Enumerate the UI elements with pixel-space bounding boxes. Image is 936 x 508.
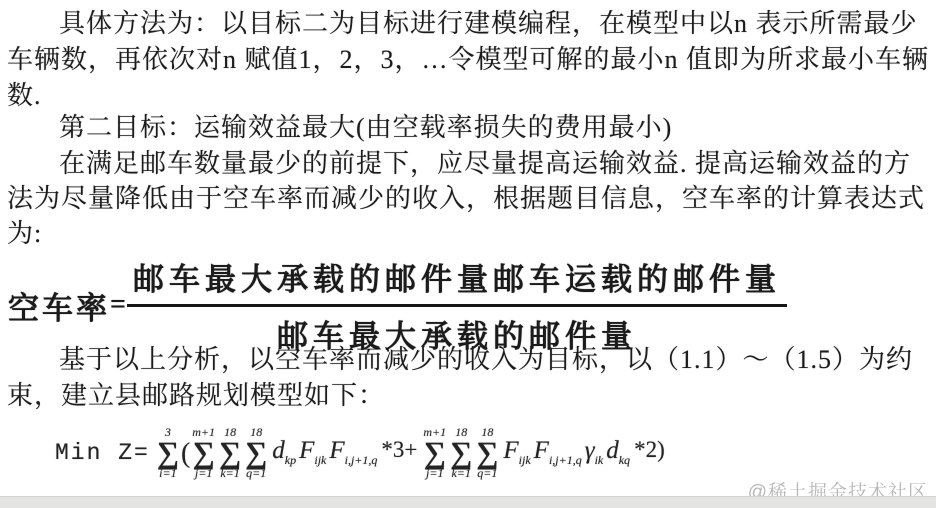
variable: d xyxy=(272,437,285,464)
subscript: i,j+1,q xyxy=(549,453,582,467)
variable: F xyxy=(299,437,314,464)
summation-outer: 3 ∑ i=1 xyxy=(157,426,179,479)
subscript: i,j+1,q xyxy=(345,453,378,467)
paragraph-efficiency-line-2: 法为尽量降低由于空车率而减少的收入，根据题目信息，空车率的计算表达式 xyxy=(7,181,932,216)
term-d-kp: dkp xyxy=(272,437,296,468)
heading-second-objective: 第二目标：运输效益最大(由空载率损失的费用最小) xyxy=(7,110,932,146)
summation-b3: 18 ∑ q=1 xyxy=(476,426,498,479)
sum-lower-limit: q=1 xyxy=(477,467,497,479)
document-page: 具体方法为：以目标二为目标进行建模编程，在模型中以n 表示所需最少 车辆数，再依… xyxy=(0,0,936,508)
paragraph-model-intro-line-2: 束，建立县邮路规划模型如下： xyxy=(7,378,932,414)
sigma-symbol: ∑ xyxy=(157,438,179,467)
heading-second-objective-text: 第二目标：运输效益最大(由空载率损失的费用最小) xyxy=(7,110,932,146)
variable: F xyxy=(329,437,344,464)
term-f-next: Fi,j+1,q xyxy=(329,437,377,468)
subscript: ik xyxy=(595,453,604,467)
summation-a1: m+1 ∑ j=1 xyxy=(192,426,215,479)
subscript: kq xyxy=(619,453,630,467)
paragraph-model-intro-line-1: 基于以上分析，以空车率而减少的收入为目标，以（1.1）～（1.5）为约 xyxy=(7,342,932,378)
sum-lower-limit: j=1 xyxy=(426,467,443,479)
sum-lower-limit: k=1 xyxy=(451,467,470,479)
subscript: ijk xyxy=(314,453,326,467)
objective-function-formula: Min Z= 3 ∑ i=1 ( m+1 ∑ j=1 18 ∑ k=1 18 ∑… xyxy=(55,426,669,479)
variable: F xyxy=(534,437,549,464)
sum-lower-limit: k=1 xyxy=(220,467,239,479)
sigma-symbol: ∑ xyxy=(245,438,267,467)
empty-rate-formula: 空车率 = 邮车最大承载的邮件量邮车运载的邮件量 邮车最大承载的邮件量 xyxy=(8,254,787,356)
sum-lower-limit: j=1 xyxy=(195,467,212,479)
operator-times-3-plus: *3+ xyxy=(381,437,417,463)
subscript: kp xyxy=(285,453,296,467)
sigma-symbol: ∑ xyxy=(450,438,472,467)
variable: γ xyxy=(585,437,595,464)
variable: F xyxy=(503,437,518,464)
term-f-next-2: Fi,j+1,q xyxy=(534,437,582,468)
sigma-symbol: ∑ xyxy=(476,438,498,467)
sigma-symbol: ∑ xyxy=(193,438,215,467)
summation-a3: 18 ∑ q=1 xyxy=(245,426,267,479)
fraction-numerator: 邮车最大承载的邮件量邮车运载的邮件量 xyxy=(127,254,787,307)
sum-lower-limit: q=1 xyxy=(246,467,266,479)
paragraph-method-line-1: 具体方法为：以目标二为目标进行建模编程，在模型中以n 表示所需最少 xyxy=(7,6,932,42)
footer-bar xyxy=(0,496,936,508)
term-d-kq: dkq xyxy=(606,437,630,468)
summation-b1: m+1 ∑ j=1 xyxy=(423,426,446,479)
term-f-ijk: Fijk xyxy=(299,437,326,468)
paragraph-method: 具体方法为：以目标二为目标进行建模编程，在模型中以n 表示所需最少 车辆数，再依… xyxy=(7,6,932,114)
sigma-symbol: ∑ xyxy=(219,438,241,467)
paragraph-efficiency: 在满足邮车数量最少的前提下，应尽量提高运输效益. 提高运输效益的方 法为尽量降低… xyxy=(7,146,932,251)
sigma-symbol: ∑ xyxy=(424,438,446,467)
subscript: ijk xyxy=(519,453,531,467)
paragraph-method-line-3: 数. xyxy=(7,78,932,114)
operator-times-2-close: *2) xyxy=(634,437,665,463)
formula-lhs: 空车率 xyxy=(8,283,110,328)
paragraph-efficiency-line-1: 在满足邮车数量最少的前提下，应尽量提高运输效益. 提高运输效益的方 xyxy=(7,146,932,181)
summation-b2: 18 ∑ k=1 xyxy=(450,426,472,479)
paragraph-efficiency-line-3: 为: xyxy=(7,216,932,251)
paragraph-method-line-2: 车辆数，再依次对n 赋值1，2，3，…令模型可解的最小n 值即为所求最小车辆 xyxy=(7,42,932,78)
open-paren: ( xyxy=(181,438,190,470)
fraction: 邮车最大承载的邮件量邮车运载的邮件量 邮车最大承载的邮件量 xyxy=(127,254,787,356)
variable: d xyxy=(606,437,619,464)
term-f-ijk-2: Fijk xyxy=(503,437,530,468)
paragraph-model-intro: 基于以上分析，以空车率而减少的收入为目标，以（1.1）～（1.5）为约 束，建立… xyxy=(7,342,932,414)
term-gamma-ik: γik xyxy=(585,437,604,468)
min-z-prefix: Min Z= xyxy=(55,440,150,466)
equals-sign: = xyxy=(110,289,126,321)
sum-lower-limit: i=1 xyxy=(159,467,176,479)
summation-a2: 18 ∑ k=1 xyxy=(219,426,241,479)
